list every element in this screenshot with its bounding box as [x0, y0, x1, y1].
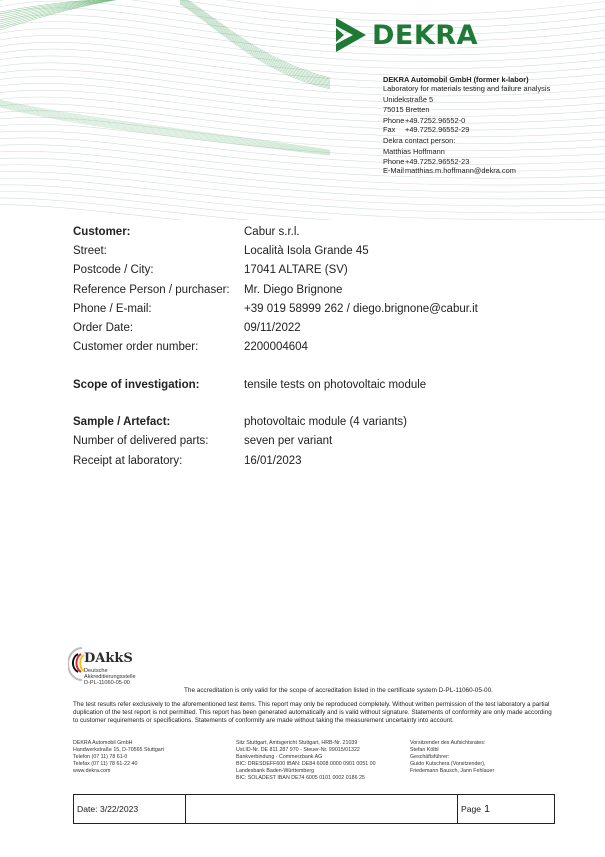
footer-line: Bankverbindung - Commerzbank AG — [236, 754, 376, 761]
field-row-sample: Sample / Artefact: photovoltaic module (… — [73, 412, 478, 431]
field-row-reference-person: Reference Person / purchaser: Mr. Diego … — [73, 280, 478, 299]
footer-line: Landesbank Baden-Württemberg — [236, 768, 376, 775]
field-value: Località Isola Grande 45 — [244, 245, 369, 257]
dakks-name: DAkkS — [84, 651, 133, 666]
dakks-subtitle: Deutsche Akkreditierungsstelle D-PL-1106… — [84, 668, 136, 687]
lab-phone-row: Phone +49.7252.96552-0 — [383, 116, 550, 125]
contact-heading: Dekra contact person: — [383, 136, 550, 145]
contact-phone: +49.7252.96552-23 — [405, 157, 469, 166]
footer-company-info: DEKRA Automobil GmbH Handwerkstraße 15, … — [73, 740, 164, 775]
footer-line: Geschäftsführer: — [410, 754, 494, 761]
contact-email[interactable]: matthias.m.hoffmann@dekra.com — [405, 166, 516, 175]
lab-phone: +49.7252.96552-0 — [405, 116, 465, 125]
dekra-wordmark: DEKRA — [372, 22, 478, 49]
field-label: Scope of investigation: — [73, 379, 244, 391]
field-label: Postcode / City: — [73, 264, 244, 276]
accreditation-note: The accreditation is only valid for the … — [184, 687, 493, 694]
contact-email-row: E-Mail matthias.m.hoffmann@dekra.com — [383, 166, 550, 175]
contact-phone-row: Phone +49.7252.96552-23 — [383, 157, 550, 166]
footer-empty-cell — [186, 795, 458, 823]
field-row-postcode-city: Postcode / City: 17041 ALTARE (SV) — [73, 261, 478, 280]
field-value: seven per variant — [244, 435, 332, 447]
footer-line: Stefan Kölbl — [410, 747, 494, 754]
footer-line: Telefax (07 11) 78 61-22 40 — [73, 761, 164, 768]
field-row-customer: Customer: Cabur s.r.l. — [73, 222, 478, 241]
field-label: Receipt at laboratory: — [73, 455, 244, 467]
field-row-order-number: Customer order number: 2200004604 — [73, 338, 478, 357]
dekra-arrow-icon — [336, 18, 366, 52]
footer-line: Vorsitzender des Aufsichtsrates: — [410, 740, 494, 747]
field-value: tensile tests on photovoltaic module — [244, 379, 426, 391]
field-label: Order Date: — [73, 322, 244, 334]
footer-line: Sitz Stuttgart, Amtsgericht Stuttgart, H… — [236, 740, 376, 747]
page-number: 1 — [484, 803, 490, 815]
field-row-scope: Scope of investigation: tensile tests on… — [73, 375, 478, 394]
field-value: 17041 ALTARE (SV) — [244, 264, 348, 276]
date-label: Date: — [77, 804, 98, 814]
disclaimer-text: The test results refer exclusively to th… — [73, 701, 553, 725]
spacer — [73, 357, 478, 375]
field-value: 16/01/2023 — [244, 455, 302, 467]
footer-line: Handwerkstraße 15, D-70565 Stuttgart — [73, 747, 164, 754]
lab-fax-row: Fax +49.7252.96552-29 — [383, 125, 550, 134]
dekra-logo: DEKRA — [336, 18, 478, 52]
footer-line: BIC: SOLADEST IBAN DE74 6005 0101 0002 0… — [236, 775, 376, 782]
field-value: Mr. Diego Brignone — [244, 284, 342, 296]
field-row-delivered-parts: Number of delivered parts: seven per var… — [73, 432, 478, 451]
field-row-receipt: Receipt at laboratory: 16/01/2023 — [73, 451, 478, 470]
spacer — [73, 394, 478, 412]
lab-fax-label: Fax — [383, 125, 405, 134]
field-row-street: Street: Località Isola Grande 45 — [73, 241, 478, 260]
footer-line: Telefon (07 11) 78 61-0 — [73, 754, 164, 761]
lab-company-name: DEKRA Automobil GmbH (former k-labor) — [383, 75, 550, 84]
field-row-order-date: Order Date: 09/11/2022 — [73, 318, 478, 337]
footer-registration-info: Sitz Stuttgart, Amtsgericht Stuttgart, H… — [236, 740, 376, 783]
field-label: Phone / E-mail: — [73, 303, 244, 315]
field-label: Reference Person / purchaser: — [73, 284, 244, 296]
lab-phone-label: Phone — [383, 116, 405, 125]
field-label: Number of delivered parts: — [73, 435, 244, 447]
footer-line: Friedemann Bausch, Jann Fehlauer — [410, 768, 494, 775]
field-value: 2200004604 — [244, 341, 308, 353]
page-footer-box: Date: 3/22/2023 Page 1 — [73, 794, 555, 824]
lab-city: 75015 Bretten — [383, 105, 550, 114]
field-row-phone-email: Phone / E-mail: +39 019 58999 262 / dieg… — [73, 299, 478, 318]
footer-management-info: Vorsitzender des Aufsichtsrates: Stefan … — [410, 740, 494, 775]
footer-line: Ust.ID-Nr. DE 811 287 970 - Steuer-Nr. 9… — [236, 747, 376, 754]
dakks-line3: D-PL-11060-05-00 — [84, 680, 136, 686]
field-value: photovoltaic module (4 variants) — [244, 416, 407, 428]
lab-subtitle: Laboratory for materials testing and fai… — [383, 84, 550, 93]
contact-email-label: E-Mail — [383, 166, 405, 175]
field-label: Customer order number: — [73, 341, 244, 353]
page-label: Page — [461, 804, 481, 814]
footer-page-cell: Page 1 — [458, 795, 554, 823]
footer-line: DEKRA Automobil GmbH — [73, 740, 164, 747]
field-label: Street: — [73, 245, 244, 257]
lab-address-block: DEKRA Automobil GmbH (former k-labor) La… — [383, 75, 550, 175]
contact-name: Matthias Hoffmann — [383, 147, 550, 156]
footer-date-cell: Date: 3/22/2023 — [74, 795, 186, 823]
footer-website-link[interactable]: www.dekra.com — [73, 768, 164, 775]
field-value: 09/11/2022 — [244, 322, 301, 334]
field-label: Sample / Artefact: — [73, 416, 244, 428]
report-date: 3/22/2023 — [100, 804, 138, 814]
field-value: +39 019 58999 262 / diego.brignone@cabur… — [244, 303, 478, 315]
report-fields: Customer: Cabur s.r.l. Street: Località … — [73, 222, 478, 470]
contact-phone-label: Phone — [383, 157, 405, 166]
lab-fax: +49.7252.96552-29 — [405, 125, 469, 134]
footer-line: Guido Kutschera (Vorsitzender), — [410, 761, 494, 768]
field-value: Cabur s.r.l. — [244, 226, 300, 238]
field-label: Customer: — [73, 226, 244, 238]
lab-street: Unidekstraße 5 — [383, 95, 550, 104]
footer-line: BIC: DRESDEFF600 IBAN: DE84 6008 0000 09… — [236, 761, 376, 768]
